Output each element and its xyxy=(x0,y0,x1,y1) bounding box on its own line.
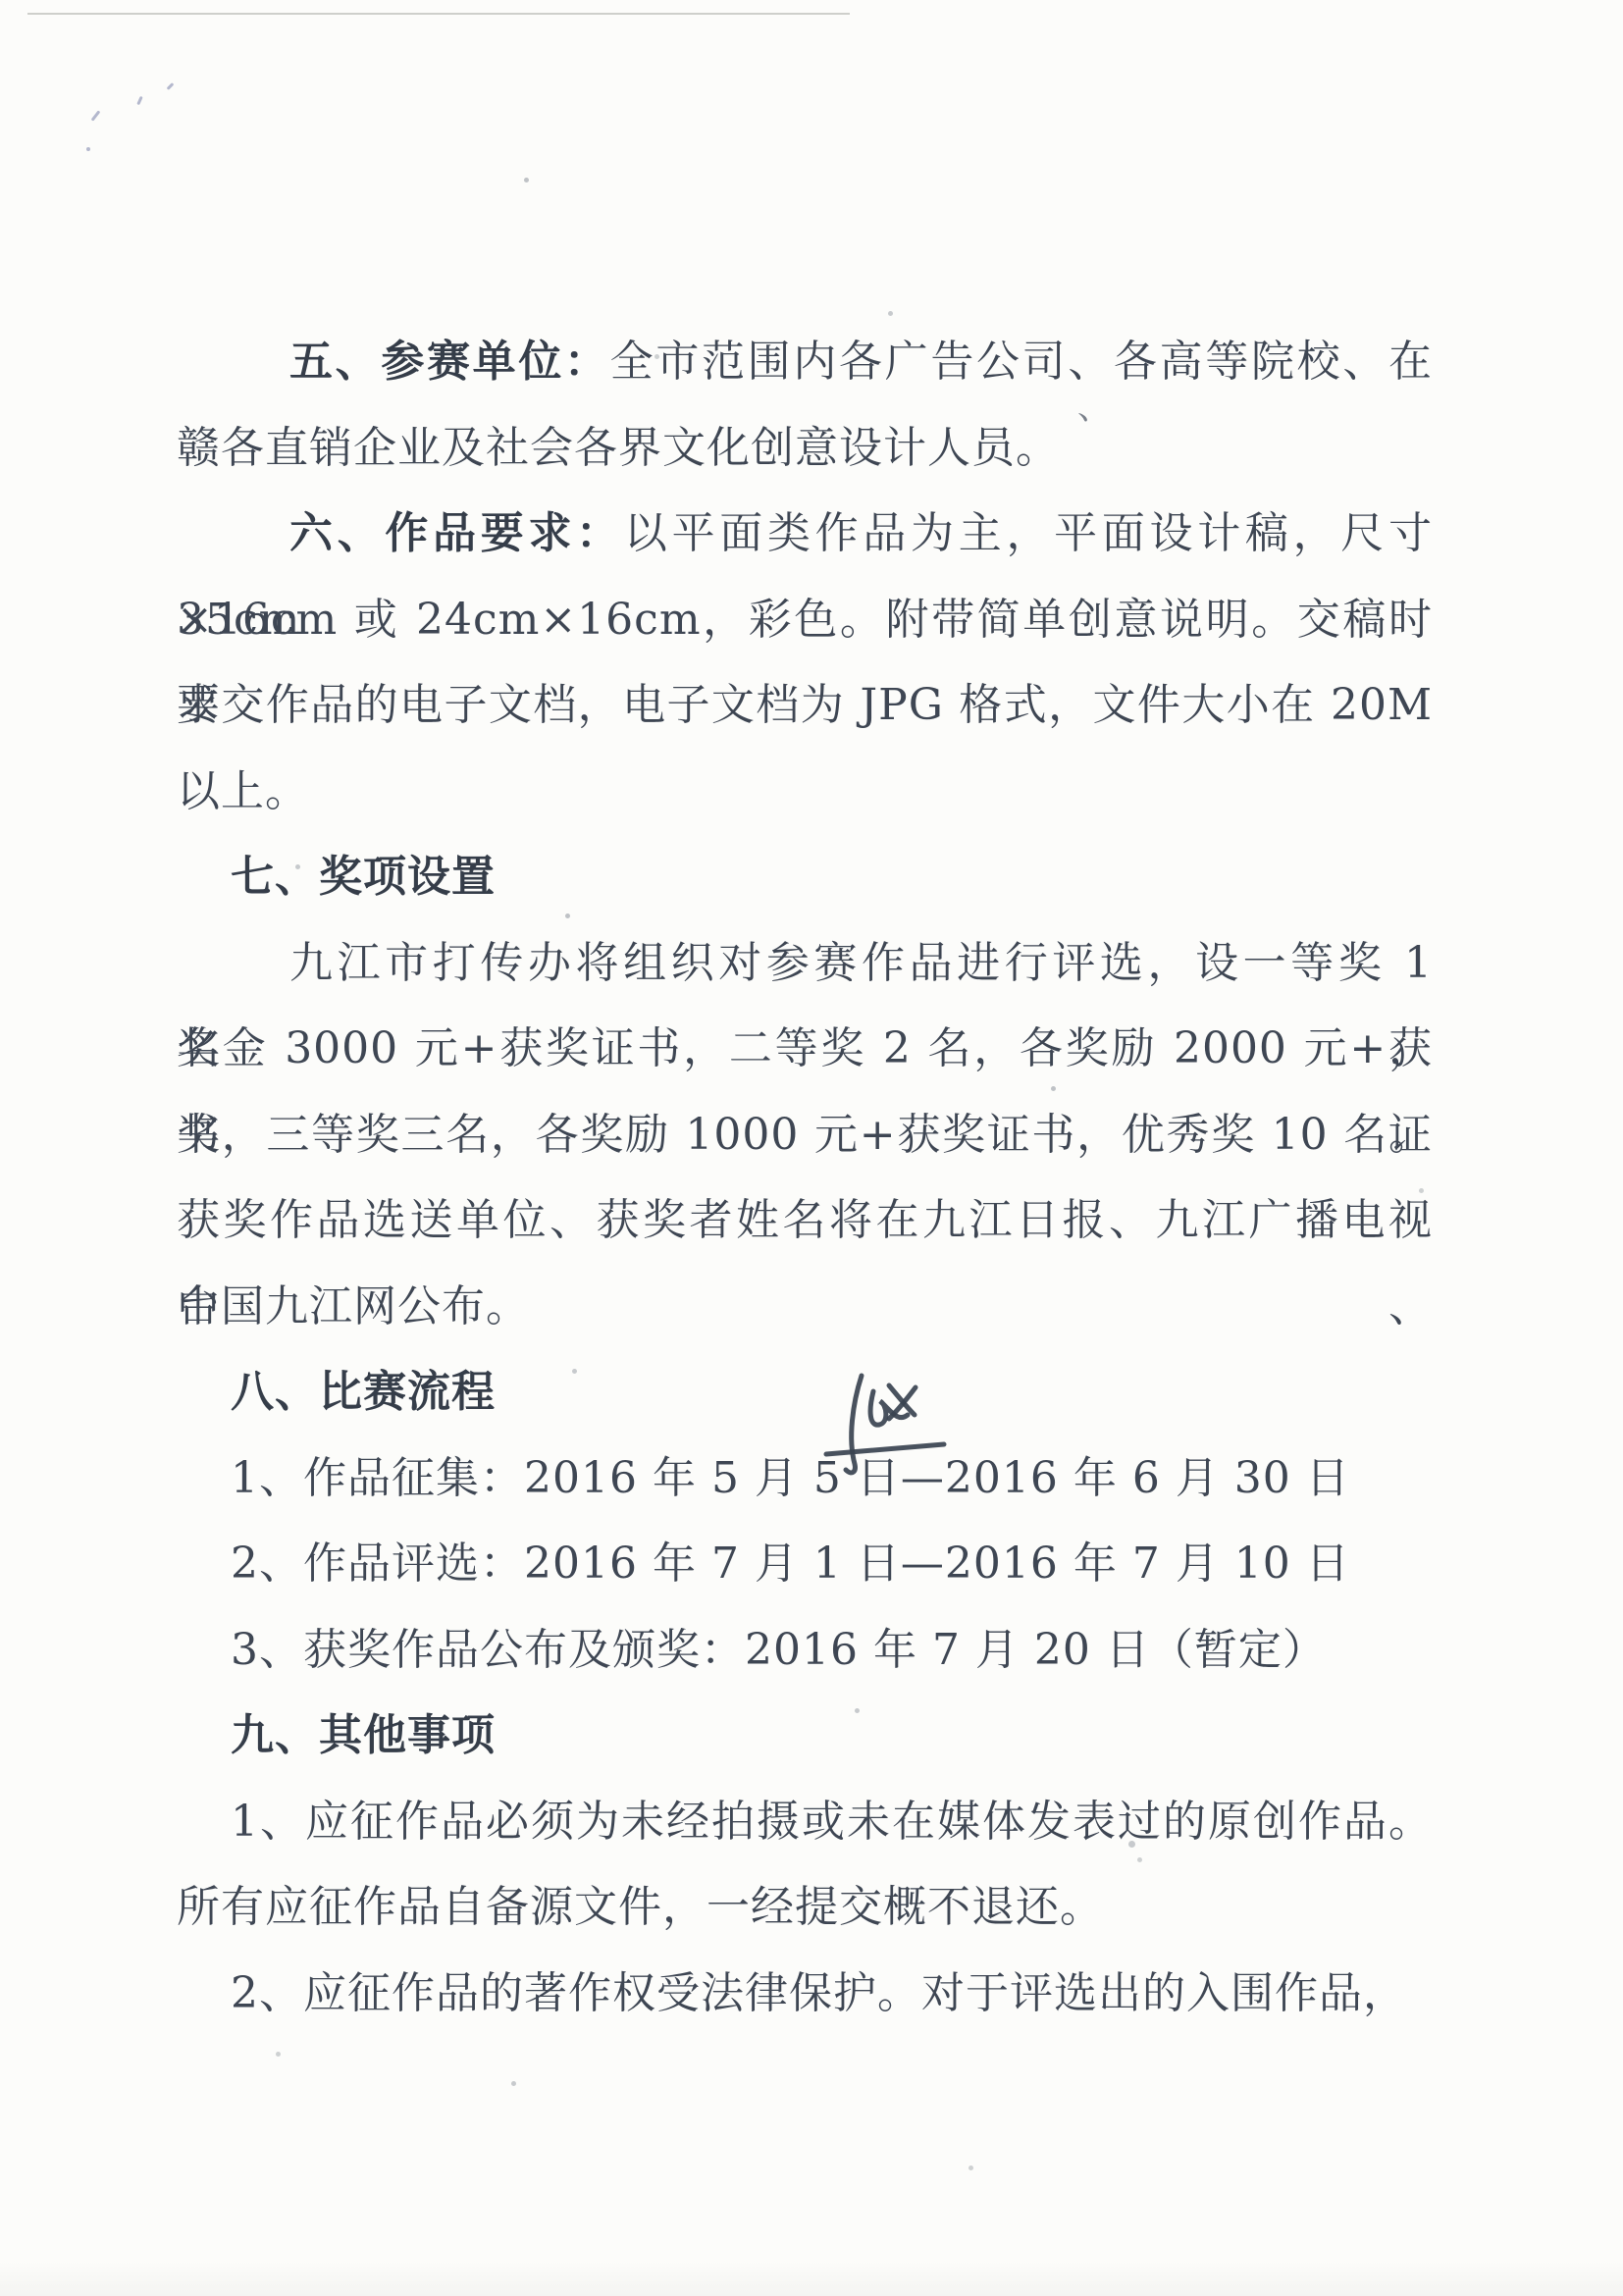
line-text: 赣各直销企业及社会各界文化创意设计人员。 xyxy=(177,423,1060,473)
doc-line-20: 2、应征作品的著作权受法律保护。对于评选出的入围作品， xyxy=(177,1951,1433,2037)
doc-line-3: 六、作品要求：以平面类作品为主，平面设计稿，尺寸 35cm xyxy=(177,491,1433,577)
line-text: 求交作品的电子文档，电子文档为 JPG 格式，文件大小在 20M xyxy=(177,680,1433,730)
doc-line-19: 所有应征作品自备源文件，一经提交概不退还。 xyxy=(177,1864,1433,1951)
section-heading: 七、奖项设置 xyxy=(231,852,496,902)
line-text: 所有应征作品自备源文件，一经提交概不退还。 xyxy=(177,1882,1104,1932)
doc-line-4: ×16cm 或 24cm×16cm，彩色。附带简单创意说明。交稿时要 xyxy=(177,577,1433,663)
pencil-mark xyxy=(167,82,175,90)
section-heading: 九、其他事项 xyxy=(231,1710,496,1760)
line-text: 2、应征作品的著作权受法律保护。对于评选出的入围作品， xyxy=(231,1968,1407,2018)
doc-line-15: 2、作品评选：2016 年 7 月 1 日—2016 年 7 月 10 日 xyxy=(177,1521,1433,1607)
doc-line-18: 1、应征作品必须为未经拍摄或未在媒体发表过的原创作品。 xyxy=(177,1779,1433,1865)
doc-line-17: 九、其他事项 xyxy=(177,1693,1433,1779)
doc-line-2: 赣各直销企业及社会各界文化创意设计人员。 xyxy=(177,405,1433,492)
pencil-mark xyxy=(136,96,142,105)
line-text: 书，三等奖三名，各奖励 1000 元+获奖证书，优秀奖 10 名。 xyxy=(177,1110,1433,1160)
handwritten-annotation xyxy=(822,1362,960,1494)
doc-line-9: 奖金 3000 元+获奖证书，二等奖 2 名，各奖励 2000 元+获奖证 xyxy=(177,1006,1433,1092)
line-text: 1、作品征集：2016 年 5 月 5 日—2016 年 6 月 30 日 xyxy=(231,1453,1350,1503)
pencil-mark xyxy=(86,147,90,151)
doc-line-16: 3、获奖作品公布及颁奖：2016 年 7 月 20 日（暂定） xyxy=(177,1607,1433,1694)
line-text: 3、获奖作品公布及颁奖：2016 年 7 月 20 日（暂定） xyxy=(231,1625,1327,1675)
line-text: 以上。 xyxy=(177,766,309,816)
doc-line-1: 五、参赛单位：全市范围内各广告公司、各高等院校、在 xyxy=(177,319,1433,405)
doc-line-13: 八、比赛流程 xyxy=(177,1349,1433,1435)
scanned-page: 、 五、参赛单位：全市范围内各广告公司、各高等院校、在 赣各直销企业及社会各界文… xyxy=(0,0,1623,2296)
document-body: 五、参赛单位：全市范围内各广告公司、各高等院校、在 赣各直销企业及社会各界文化创… xyxy=(177,319,1433,2036)
line-text: 2、作品评选：2016 年 7 月 1 日—2016 年 7 月 10 日 xyxy=(231,1539,1350,1589)
section-heading: 八、比赛流程 xyxy=(231,1367,496,1417)
line-text: 全市范围内各广告公司、各高等院校、在 xyxy=(610,337,1433,387)
doc-line-8: 九江市打传办将组织对参赛作品进行评选，设一等奖 1 名， xyxy=(177,920,1433,1007)
scan-edge-line xyxy=(27,13,850,15)
doc-line-5: 求交作品的电子文档，电子文档为 JPG 格式，文件大小在 20M xyxy=(177,662,1433,749)
pencil-mark xyxy=(91,110,101,121)
doc-line-6: 以上。 xyxy=(177,749,1433,835)
scan-noise xyxy=(0,0,3,3)
doc-line-14: 1、作品征集：2016 年 5 月 5 日—2016 年 6 月 30 日 xyxy=(177,1435,1433,1522)
line-text: 1、应征作品必须为未经拍摄或未在媒体发表过的原创作品。 xyxy=(231,1797,1433,1847)
line-text: 中国九江网公布。 xyxy=(177,1281,530,1331)
doc-line-10: 书，三等奖三名，各奖励 1000 元+获奖证书，优秀奖 10 名。 xyxy=(177,1092,1433,1178)
doc-line-11: 获奖作品选送单位、获奖者姓名将在九江日报、九江广播电视台、 xyxy=(177,1177,1433,1264)
section-label: 六、作品要求： xyxy=(289,508,624,558)
doc-line-7: 七、奖项设置 xyxy=(177,834,1433,920)
section-label: 五、参赛单位： xyxy=(289,337,610,387)
